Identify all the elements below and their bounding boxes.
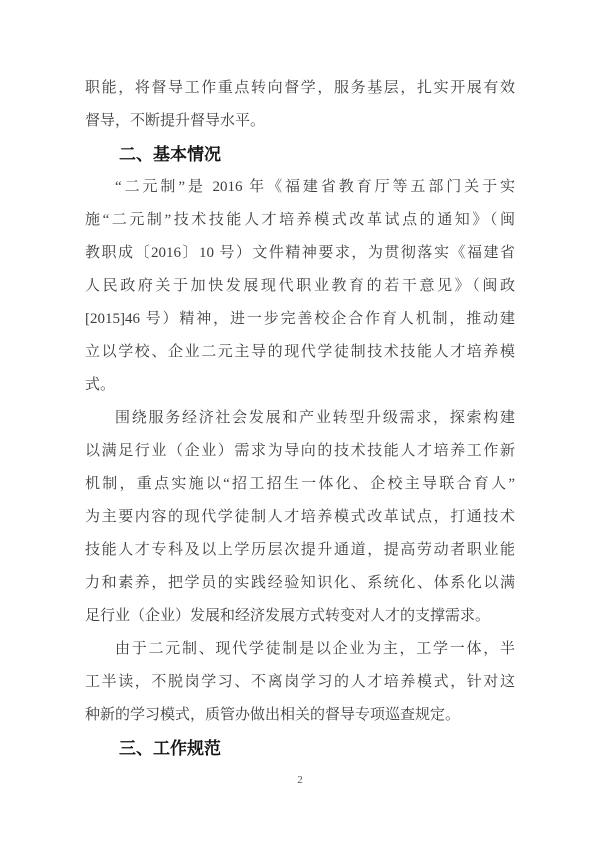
- paragraph: 由于二元制、现代学徒制是以企业为主，工学一体，半工半读，不脱岗学习、不离岗学习的…: [85, 633, 515, 732]
- text-line: 三、工作规范: [85, 732, 515, 765]
- text-line: 式。: [85, 369, 515, 402]
- text-line: 足行业（企业）发展和经济发展方式转变对人才的支撑需求。: [85, 600, 515, 633]
- text-line: 为主要内容的现代学徒制人才培养模式改革试点，打通技术: [85, 501, 515, 534]
- text-line: 由于二元制、现代学徒制是以企业为主，工学一体，半: [85, 633, 515, 666]
- text-line: 以满足行业（企业）需求为导向的技术技能人才培养工作新: [85, 435, 515, 468]
- text-line: 技能人才专科及以上学历层次提升通道，提高劳动者职业能: [85, 534, 515, 567]
- paragraph: 职能，将督导工作重点转向督学，服务基层，扎实开展有效督导，不断提升督导水平。: [85, 72, 515, 138]
- document-page: 职能，将督导工作重点转向督学，服务基层，扎实开展有效督导，不断提升督导水平。二、…: [0, 0, 600, 848]
- text-line: “二元制”是 2016 年《福建省教育厅等五部门关于实: [85, 171, 515, 204]
- text-line: 施“二元制”技术技能人才培养模式改革试点的通知》（闽: [85, 204, 515, 237]
- text-line: 立以学校、企业二元主导的现代学徒制技术技能人才培养模: [85, 336, 515, 369]
- text-line: 力和素养，把学员的实践经验知识化、系统化、体系化以满: [85, 567, 515, 600]
- document-content: 职能，将督导工作重点转向督学，服务基层，扎实开展有效督导，不断提升督导水平。二、…: [85, 72, 515, 765]
- text-line: 人民政府关于加快发展现代职业教育的若干意见》（闽政: [85, 270, 515, 303]
- text-line: [2015]46 号）精神，进一步完善校企合作育人机制，推动建: [85, 303, 515, 336]
- text-line: 督导，不断提升督导水平。: [85, 105, 515, 138]
- section-heading: 三、工作规范: [85, 732, 515, 765]
- section-heading: 二、基本情况: [85, 138, 515, 171]
- text-line: 工半读，不脱岗学习、不离岗学习的人才培养模式，针对这: [85, 666, 515, 699]
- text-line: 教职成〔2016〕10 号）文件精神要求，为贯彻落实《福建省: [85, 237, 515, 270]
- page-number: 2: [0, 770, 600, 790]
- text-line: 围绕服务经济社会发展和产业转型升级需求，探索构建: [85, 402, 515, 435]
- paragraph: “二元制”是 2016 年《福建省教育厅等五部门关于实施“二元制”技术技能人才培…: [85, 171, 515, 402]
- text-line: 机制，重点实施以“招工招生一体化、企校主导联合育人”: [85, 468, 515, 501]
- text-line: 职能，将督导工作重点转向督学，服务基层，扎实开展有效: [85, 72, 515, 105]
- text-line: 二、基本情况: [85, 138, 515, 171]
- paragraph: 围绕服务经济社会发展和产业转型升级需求，探索构建以满足行业（企业）需求为导向的技…: [85, 402, 515, 633]
- text-line: 种新的学习模式，质管办做出相关的督导专项巡查规定。: [85, 699, 515, 732]
